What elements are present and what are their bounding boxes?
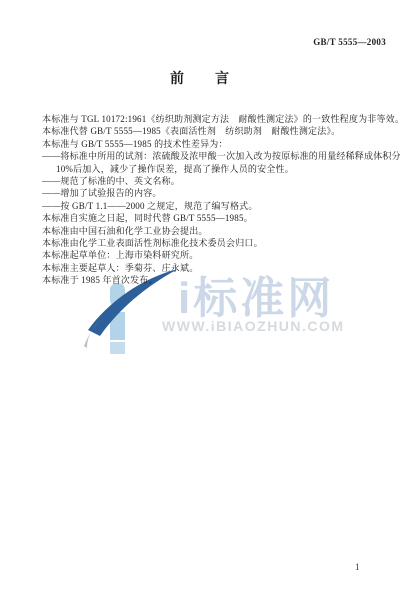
body-line: 本标准与 GB/T 5555—1985 的技术性差异为： (42, 138, 386, 150)
body-line: 本标准代替 GB/T 5555—1985《表面活性剂 纺织助剂 耐酸性测定法》。 (42, 125, 386, 137)
body-line: 本标准由化学工业表面活性剂标准化技术委员会归口。 (42, 237, 386, 249)
watermark: i标准网 WWW.iBIAOZHUN.COM (0, 0, 400, 611)
body-line: 本标准主要起草人：季菊芬、庄永斌。 (42, 262, 386, 274)
watermark-site-url: WWW.iBIAOZHUN.COM (162, 318, 345, 334)
body-line: ——将标准中所用的试剂：浓硫酸及浓甲酸一次加入改为按原标准的用量经稀释成体积分数… (42, 150, 386, 162)
body-line: 本标准于 1985 年首次发布。 (42, 274, 386, 286)
body-text: 本标准与 TGL 10172:1961《纺织助剂测定方法 耐酸性测定法》的一致性… (42, 113, 386, 287)
body-line: 本标准与 TGL 10172:1961《纺织助剂测定方法 耐酸性测定法》的一致性… (42, 113, 386, 125)
body-line: 本标准由中国石油和化学工业协会提出。 (42, 225, 386, 237)
body-line: ——按 GB/T 1.1——2000 之规定，规范了编写格式。 (42, 200, 386, 212)
document-page: GB/T 5555—2003 前 言 i标准网 WWW.iBIAOZHUN.CO… (0, 0, 400, 611)
body-line-continuation: 10%后加入，减少了操作误差，提高了操作人员的安全性。 (42, 163, 386, 175)
body-line: ——增加了试验报告的内容。 (42, 187, 386, 199)
body-line: 本标准自实施之日起，同时代替 GB/T 5555—1985。 (42, 212, 386, 224)
body-line: ——规范了标准的中、英文名称。 (42, 175, 386, 187)
body-line: 本标准起草单位：上海市染料研究所。 (42, 249, 386, 261)
